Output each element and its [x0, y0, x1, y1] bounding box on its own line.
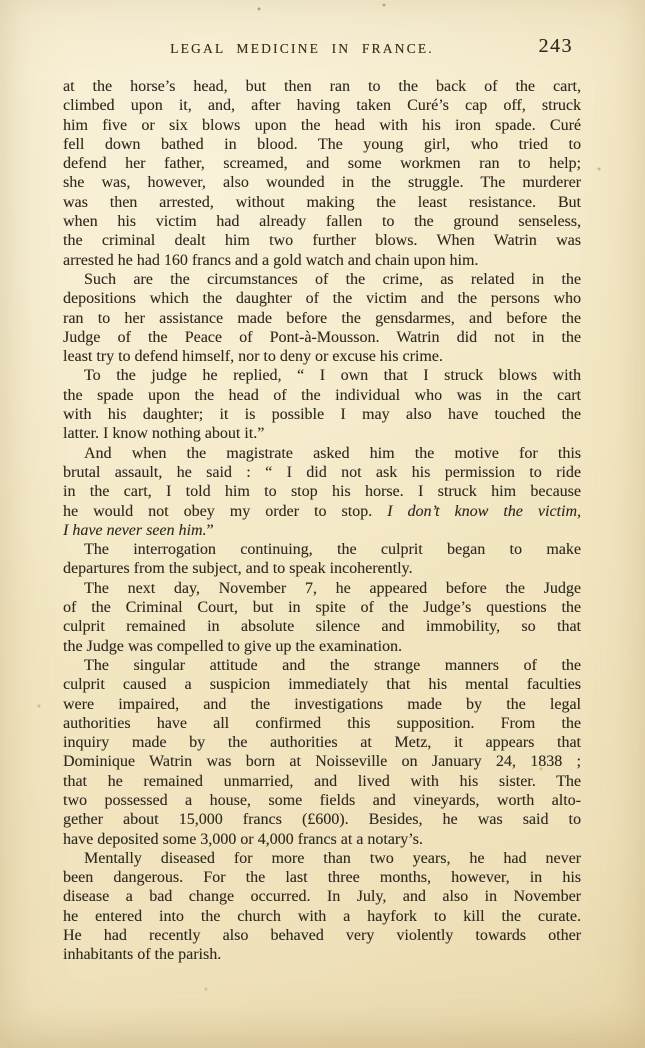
text-line: Mentally diseased for more than two year… [63, 849, 581, 868]
text-run: inhabitants of the parish. [63, 946, 221, 963]
text-line: least try to defend himself, nor to deny… [63, 347, 581, 366]
text-line: Dominique Watrin was born at Noisseville… [63, 752, 581, 771]
text-run: in the cart, I told him to stop his hors… [63, 483, 581, 500]
text-run: He had recently also behaved very violen… [63, 927, 581, 944]
text-run: climbed upon it, and, after having taken… [63, 97, 581, 114]
text-line: culprit caused a suspicion immediately t… [63, 675, 581, 694]
text-run: depositions which the daughter of the vi… [63, 290, 581, 307]
text-line: Judge of the Peace of Pont-à-Mousson. Wa… [63, 328, 581, 347]
paragraph: Mentally diseased for more than two year… [63, 849, 581, 965]
text-line: ran to her assistance made before the ge… [63, 309, 581, 328]
text-run: he entered into the church with a hayfor… [63, 908, 581, 925]
text-run: disease a bad change occurred. In July, … [63, 888, 581, 905]
text-run: culprit caused a suspicion immediately t… [63, 676, 581, 693]
text-run: of the Criminal Court, but in spite of t… [63, 599, 581, 616]
text-run: the Judge was compelled to give up the e… [63, 638, 402, 655]
text-line: have deposited some 3,000 or 4,000 franc… [63, 830, 581, 849]
text-line: And when the magistrate asked him the mo… [63, 444, 581, 463]
text-run: he would not obey my order to stop. [63, 503, 387, 520]
text-line: him five or six blows upon the head with… [63, 116, 581, 135]
text-line: with his daughter; it is possible I may … [63, 405, 581, 424]
text-run: Dominique Watrin was born at Noisseville… [63, 753, 581, 770]
italic-text-run: I don’t know the victim, [387, 503, 581, 520]
text-line: inquiry made by the authorities at Metz,… [63, 733, 581, 752]
text-run: latter. I know nothing about it.” [63, 425, 264, 442]
text-line: of the Criminal Court, but in spite of t… [63, 598, 581, 617]
text-line: He had recently also behaved very violen… [63, 926, 581, 945]
text-line: been dangerous. For the last three month… [63, 868, 581, 887]
text-run: least try to defend himself, nor to deny… [63, 348, 443, 365]
text-run: And when the magistrate asked him the mo… [84, 445, 581, 462]
page-number: 243 [539, 35, 574, 58]
text-line: The singular attitude and the strange ma… [63, 656, 581, 675]
text-run: when his victim had already fallen to th… [63, 213, 581, 230]
paragraph: at the horse’s head, but then ran to the… [63, 77, 581, 270]
paragraph: The next day, November 7, he appeared be… [63, 579, 581, 656]
text-run: two possessed a house, some fields and v… [63, 792, 581, 809]
text-line: gether about 15,000 francs (£600). Besid… [63, 810, 581, 829]
text-run: The singular attitude and the strange ma… [84, 657, 581, 674]
text-line: he would not obey my order to stop. I do… [63, 502, 581, 521]
text-line: at the horse’s head, but then ran to the… [63, 77, 581, 96]
italic-text-run: I have never seen him. [63, 522, 207, 539]
text-line: that he remained unmarried, and lived wi… [63, 772, 581, 791]
text-run: ran to her assistance made before the ge… [63, 310, 581, 327]
text-line: she was, however, also wounded in the st… [63, 173, 581, 192]
text-line: defend her father, screamed, and some wo… [63, 154, 581, 173]
text-run: with his daughter; it is possible I may … [63, 406, 581, 423]
text-run: authorities have all confirmed this supp… [63, 715, 581, 732]
text-line: disease a bad change occurred. In July, … [63, 887, 581, 906]
text-run: were impaired, and the investigations ma… [63, 696, 581, 713]
page-header: LEGAL MEDICINE IN FRANCE. 243 [63, 38, 581, 60]
text-line: the criminal dealt him two further blows… [63, 231, 581, 250]
text-run: have deposited some 3,000 or 4,000 franc… [63, 831, 423, 848]
text-run: The next day, November 7, he appeared be… [84, 580, 581, 597]
text-line: To the judge he replied, “ I own that I … [63, 366, 581, 385]
text-run: the criminal dealt him two further blows… [63, 232, 581, 249]
text-run: Judge of the Peace of Pont-à-Mousson. Wa… [63, 329, 581, 346]
text-run: brutal assault, he said : “ I did not as… [63, 464, 581, 481]
paragraph: Such are the circumstances of the crime,… [63, 270, 581, 366]
text-run: culprit remained in absolute silence and… [63, 618, 581, 635]
text-line: were impaired, and the investigations ma… [63, 695, 581, 714]
text-line: he entered into the church with a hayfor… [63, 907, 581, 926]
text-run: was then arrested, without making the le… [63, 194, 581, 211]
text-run: To the judge he replied, “ I own that I … [84, 367, 581, 384]
paragraph: The singular attitude and the strange ma… [63, 656, 581, 849]
text-line: I have never seen him.” [63, 521, 581, 540]
text-run: been dangerous. For the last three month… [63, 869, 581, 886]
text-line: was then arrested, without making the le… [63, 193, 581, 212]
text-run: at the horse’s head, but then ran to the… [63, 78, 581, 95]
text-run: that he remained unmarried, and lived wi… [63, 773, 581, 790]
text-run: gether about 15,000 francs (£600). Besid… [63, 811, 581, 828]
running-title: LEGAL MEDICINE IN FRANCE. [63, 41, 541, 57]
book-page: LEGAL MEDICINE IN FRANCE. 243 at the hor… [0, 0, 645, 1048]
text-block: at the horse’s head, but then ran to the… [63, 77, 581, 965]
text-line: fell down bathed in blood. The young gir… [63, 135, 581, 154]
text-line: the Judge was compelled to give up the e… [63, 637, 581, 656]
paragraph: And when the magistrate asked him the mo… [63, 444, 581, 540]
text-run: defend her father, screamed, and some wo… [63, 155, 581, 172]
text-line: when his victim had already fallen to th… [63, 212, 581, 231]
text-line: authorities have all confirmed this supp… [63, 714, 581, 733]
text-line: climbed upon it, and, after having taken… [63, 96, 581, 115]
text-line: latter. I know nothing about it.” [63, 424, 581, 443]
text-run: the spade upon the head of the individua… [63, 387, 581, 404]
text-line: culprit remained in absolute silence and… [63, 617, 581, 636]
paragraph: The interrogation continuing, the culpri… [63, 540, 581, 579]
text-run: Mentally diseased for more than two year… [84, 850, 581, 867]
text-line: The interrogation continuing, the culpri… [63, 540, 581, 559]
text-line: inhabitants of the parish. [63, 945, 581, 964]
text-line: in the cart, I told him to stop his hors… [63, 482, 581, 501]
text-line: two possessed a house, some fields and v… [63, 791, 581, 810]
text-run: she was, however, also wounded in the st… [63, 174, 581, 191]
text-line: The next day, November 7, he appeared be… [63, 579, 581, 598]
text-run: Such are the circumstances of the crime,… [84, 271, 581, 288]
text-line: the spade upon the head of the individua… [63, 386, 581, 405]
text-run: ” [207, 522, 214, 539]
text-run: The interrogation continuing, the culpri… [84, 541, 581, 558]
text-run: him five or six blows upon the head with… [63, 117, 581, 134]
text-line: arrested he had 160 francs and a gold wa… [63, 251, 581, 270]
text-line: brutal assault, he said : “ I did not as… [63, 463, 581, 482]
text-line: departures from the subject, and to spea… [63, 559, 581, 578]
text-run: departures from the subject, and to spea… [63, 560, 413, 577]
paragraph: To the judge he replied, “ I own that I … [63, 366, 581, 443]
text-line: depositions which the daughter of the vi… [63, 289, 581, 308]
text-line: Such are the circumstances of the crime,… [63, 270, 581, 289]
text-run: inquiry made by the authorities at Metz,… [63, 734, 581, 751]
text-run: fell down bathed in blood. The young gir… [63, 136, 581, 153]
text-run: arrested he had 160 francs and a gold wa… [63, 252, 478, 269]
